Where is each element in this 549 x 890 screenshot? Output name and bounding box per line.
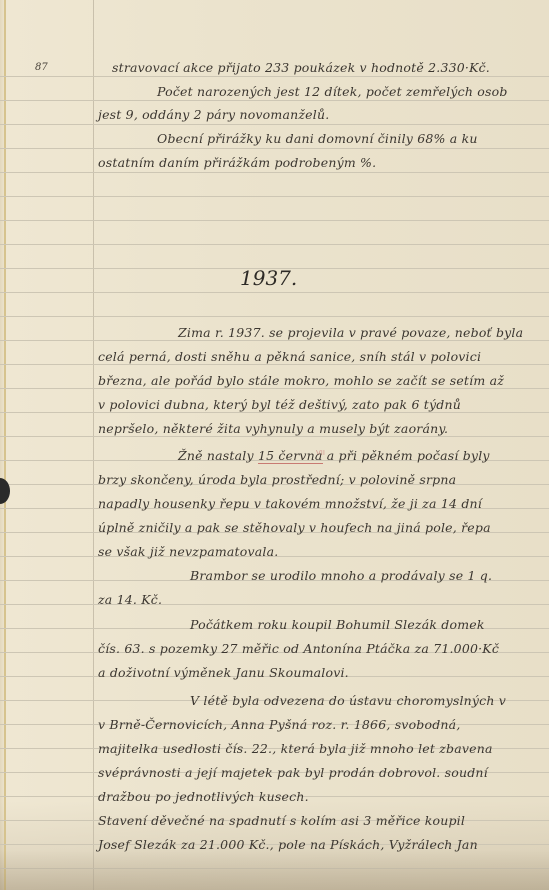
text-line: Počátkem roku koupil Bohumil Slezák dome… bbox=[190, 617, 485, 632]
ruled-line bbox=[0, 100, 549, 101]
text-line: Brambor se urodilo mnoho a prodávaly se … bbox=[190, 568, 492, 583]
text-line: Počet narozených jest 12 dítek, počet ze… bbox=[157, 84, 508, 99]
text-line: celá perná, dosti sněhu a pěkná sanice, … bbox=[98, 349, 481, 364]
page-number: 87 bbox=[35, 62, 48, 73]
ruled-line bbox=[0, 340, 549, 341]
ruled-line bbox=[0, 412, 549, 413]
ruled-line bbox=[0, 124, 549, 125]
page-shadow bbox=[0, 850, 549, 890]
ruled-line bbox=[0, 76, 549, 77]
ruled-line bbox=[0, 364, 549, 365]
binding-hole bbox=[0, 478, 10, 504]
page-edge bbox=[4, 0, 6, 890]
text-line: března, ale pořád bylo stále mokro, mohl… bbox=[98, 373, 504, 388]
text-line: svéprávnosti a její majetek pak byl prod… bbox=[98, 765, 488, 780]
ruled-line bbox=[0, 316, 549, 317]
text-line: V létě byla odvezena do ústavu choromysl… bbox=[190, 693, 506, 708]
text-line-underlined: Žně nastaly 15 června a při pěkném počas… bbox=[178, 448, 490, 463]
text-line: Stavení děvečné na spadnutí s kolím asi … bbox=[98, 813, 465, 828]
text-line: se však již nevzpamatovala. bbox=[98, 544, 278, 559]
underlined-date: 15 června bbox=[258, 448, 323, 464]
text-line: jest 9, oddány 2 páry novomanželů. bbox=[98, 107, 329, 122]
chronicle-page: 87 stravovací akce přijato 233 poukázek … bbox=[0, 0, 549, 890]
text-line: a doživotní výměnek Janu Skoumalovi. bbox=[98, 665, 349, 680]
text-line: v Brně-Černovicích, Anna Pyšná roz. r. 1… bbox=[98, 717, 461, 732]
ruled-line bbox=[0, 220, 549, 221]
text-line: stravovací akce přijato 233 poukázek v h… bbox=[112, 60, 490, 75]
ruled-line bbox=[0, 244, 549, 245]
text-line: brzy skončeny, úroda byla prostřední; v … bbox=[98, 472, 456, 487]
ruled-line bbox=[0, 604, 549, 605]
ruled-line bbox=[0, 292, 549, 293]
text-line: za 14. Kč. bbox=[98, 592, 162, 607]
text-line: úplně zničily a pak se stěhovaly v houfe… bbox=[98, 520, 491, 535]
text-line: napadly housenky řepu v takovém množství… bbox=[98, 496, 482, 511]
ruled-line bbox=[0, 196, 549, 197]
ruled-line bbox=[0, 436, 549, 437]
ruled-line bbox=[0, 172, 549, 173]
text-line: v polovici dubna, který byl též deštivý,… bbox=[98, 397, 461, 412]
text-line: nepršelo, některé žita vyhynuly a musely… bbox=[98, 421, 448, 436]
text-line: dražbou po jednotlivých kusech. bbox=[98, 789, 309, 804]
ruled-line bbox=[0, 388, 549, 389]
text-line: ostatním daním přirážkám podrobeným %. bbox=[98, 155, 376, 170]
text-line: čís. 63. s pozemky 27 měřic od Antonína … bbox=[98, 641, 499, 656]
text-line: Zima r. 1937. se projevila v pravé povaz… bbox=[178, 325, 523, 340]
text-line: Obecní přirážky ku dani domovní činily 6… bbox=[157, 131, 478, 146]
year-heading: 1937. bbox=[240, 266, 297, 290]
margin-line bbox=[93, 0, 94, 890]
text-line: majitelka usedlosti čís. 22., která byla… bbox=[98, 741, 493, 756]
ruled-line bbox=[0, 148, 549, 149]
